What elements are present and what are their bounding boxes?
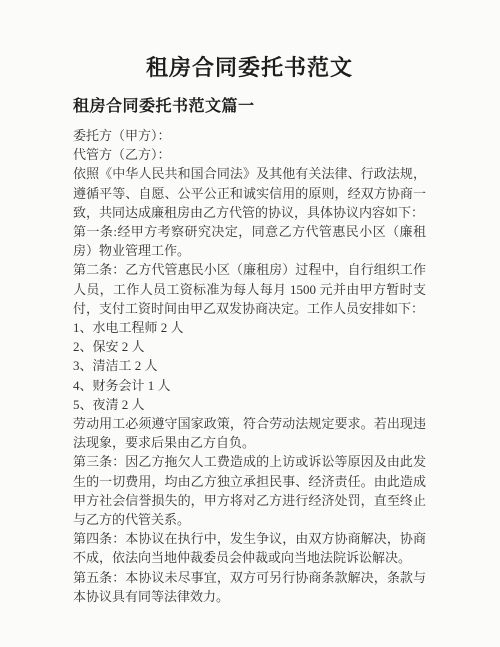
document-body: 委托方（甲方）： 代管方（乙方）： 依照《中华人民共和国合同法》及其他有关法律、… xyxy=(73,126,426,606)
section-heading: 租房合同委托书范文篇一 xyxy=(73,97,426,116)
clause-1: 第一条:经甲方考察研究决定，同意乙方代管惠民小区（廉租房）物业管理工作。 xyxy=(73,222,426,260)
party-b-line: 代管方（乙方）： xyxy=(73,145,426,164)
staff-item-3: 3、清洁工 2 人 xyxy=(73,356,426,375)
staff-item-2: 2、保安 2 人 xyxy=(73,337,426,356)
clause-2: 第二条：乙方代管惠民小区（廉租房）过程中，自行组织工作人员，工作人员工资标准为每… xyxy=(73,260,426,318)
staff-item-1: 1、水电工程师 2 人 xyxy=(73,318,426,337)
labor-note: 劳动用工必须遵守国家政策，符合劳动法规定要求。若出现违法现象，要求后果由乙方自负… xyxy=(73,414,426,452)
document-title: 租房合同委托书范文 xyxy=(73,54,426,81)
document-page: 租房合同委托书范文 租房合同委托书范文篇一 委托方（甲方）： 代管方（乙方）： … xyxy=(0,0,500,647)
staff-item-5: 5、夜清 2 人 xyxy=(73,395,426,414)
clause-5: 第五条：本协议未尽事宜，双方可另行协商条款解决，条款与本协议具有同等法律效力。 xyxy=(73,568,426,606)
party-a-line: 委托方（甲方）： xyxy=(73,126,426,145)
clause-3: 第三条：因乙方拖欠人工费造成的上访或诉讼等原因及由此发生的一切费用，均由乙方独立… xyxy=(73,452,426,529)
preamble: 依照《中华人民共和国合同法》及其他有关法律、行政法规，遵循平等、自愿、公平公正和… xyxy=(73,164,426,222)
clause-4: 第四条：本协议在执行中，发生争议，由双方协商解决，协商不成，依法向当地仲裁委员会… xyxy=(73,529,426,567)
staff-item-4: 4、财务会计 1 人 xyxy=(73,376,426,395)
